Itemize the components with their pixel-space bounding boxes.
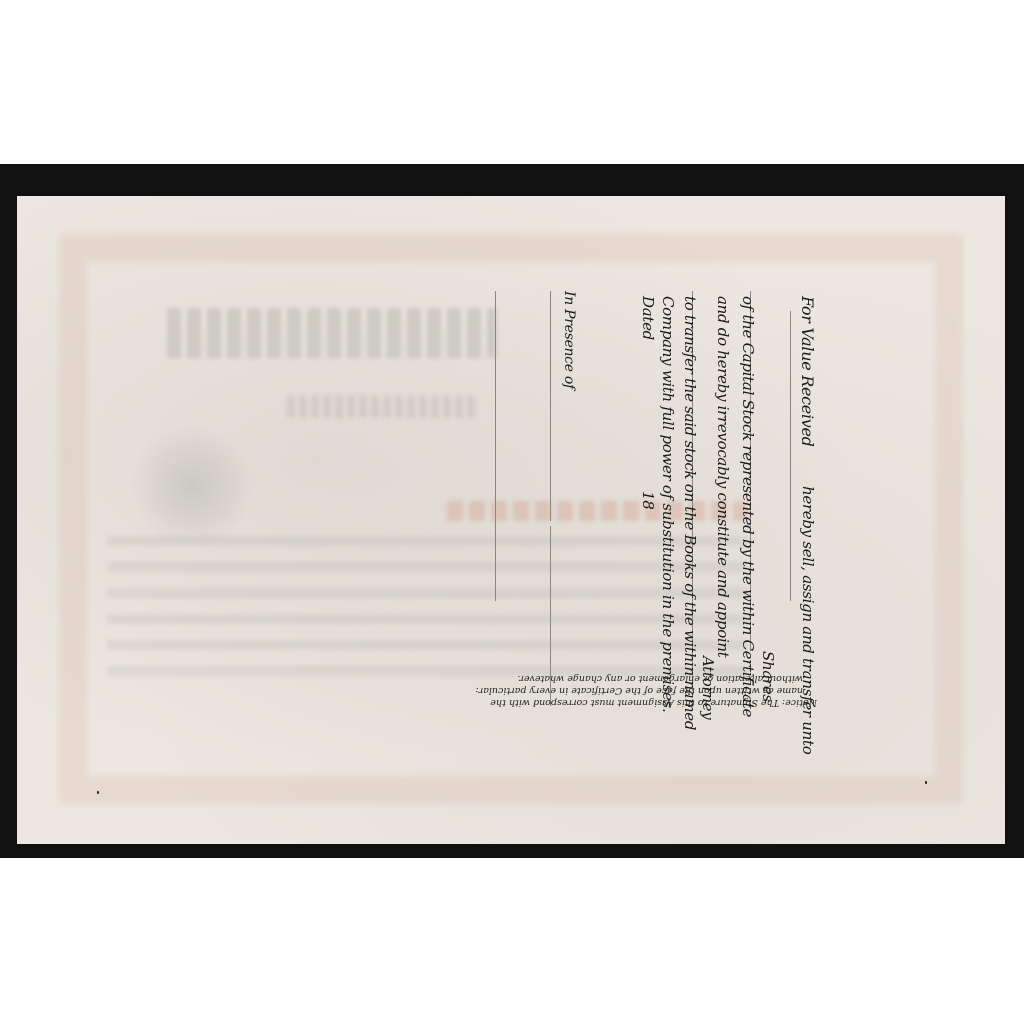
irrevocably-appoint-text: and do hereby irrevocably constitute and… [714,296,732,658]
rule-line-value-received [790,311,791,601]
show-through-title [167,308,497,358]
show-through-body-text [107,536,747,676]
show-through-subtitle [287,396,477,418]
dated-label: Dated [639,296,657,340]
show-through-vignette [127,426,257,546]
notice-line-3: without alteration or enlargement or any… [517,672,803,684]
notice-line-1: Notice: The Signature to this Assignment… [490,696,817,708]
paper-speck [925,781,927,784]
transfer-stock-text: to transfer the said stock on the Books … [681,296,699,730]
rule-line-signature [495,291,496,601]
paper-speck [97,791,99,794]
year-prefix: 18 [639,491,657,510]
notice-line-2: name as written upon the face of the Cer… [475,684,803,696]
for-value-received-label: For Value Received [798,296,817,447]
full-power-text: Company with full power of substitution … [659,296,677,712]
capital-stock-text: of the Capital Stock represented by the … [739,296,757,717]
sell-assign-transfer-text: hereby sell, assign and transfer unto [799,486,817,754]
certificate-paper: For Value Received hereby sell, assign a… [17,196,1005,844]
rule-line-dated [550,291,551,521]
show-through-denomination [447,501,747,521]
in-presence-of-label: In Presence of [561,291,577,389]
